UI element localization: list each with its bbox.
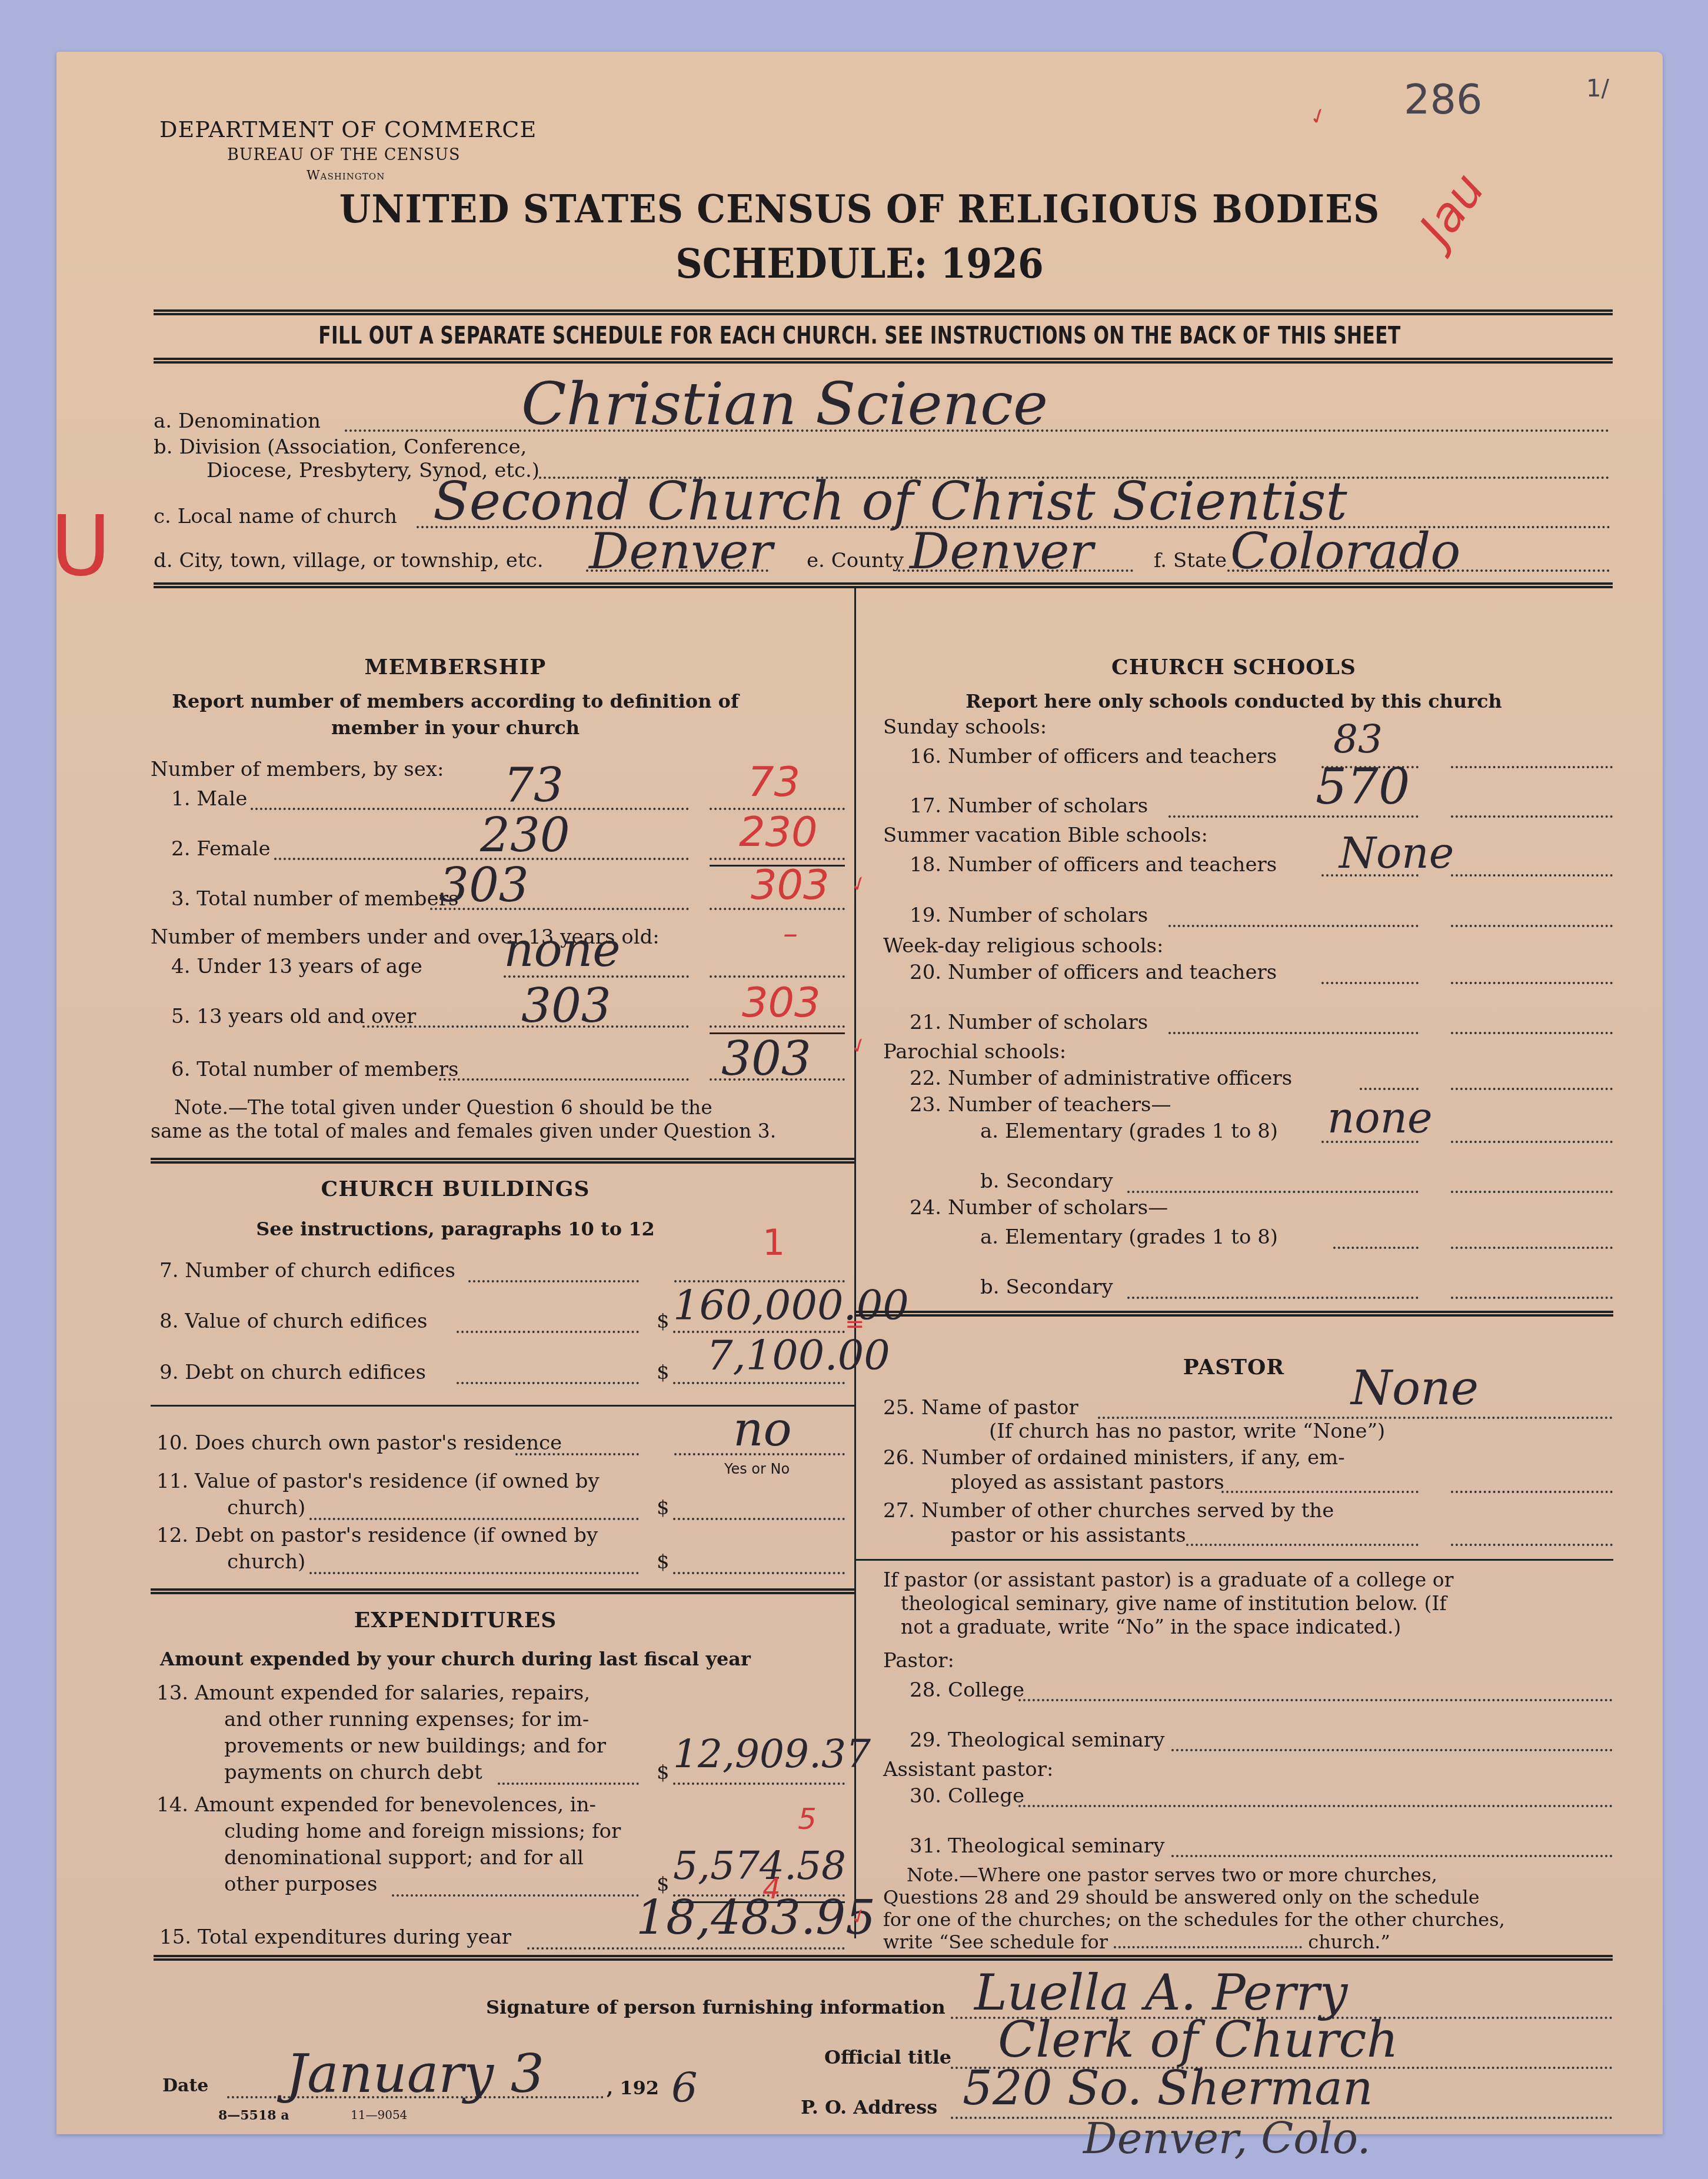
q13-line — [498, 1782, 639, 1785]
po-address-field-2[interactable]: Denver, Colo. — [1083, 2114, 1371, 2163]
total-members-2-line — [439, 1078, 689, 1081]
census-form-sheet: DEPARTMENT OF COMMERCE BUREAU OF THE CEN… — [56, 52, 1663, 2134]
pastor-residence-line — [515, 1453, 639, 1455]
total-members-field[interactable]: 303 — [439, 858, 529, 912]
residence-value-label: 11. Value of pastor's residence (if owne… — [157, 1470, 600, 1493]
under-13-field[interactable]: none — [504, 922, 621, 977]
q29-field[interactable] — [1171, 1749, 1613, 1751]
over-13-label: 5. 13 years old and over — [171, 1005, 416, 1028]
q27-label-cont: pastor or his assistants — [951, 1524, 1186, 1547]
over-13-check: 303 — [742, 978, 821, 1027]
male-check: 73 — [748, 758, 800, 806]
pastor-note-line-5: church.” — [1308, 1931, 1390, 1953]
city-field[interactable]: Denver — [589, 522, 773, 581]
pastor-sub-label: Pastor: — [883, 1649, 954, 1672]
q26-line — [1221, 1491, 1419, 1493]
print-number: 11—9054 — [351, 2108, 407, 2122]
double-rule — [154, 309, 1613, 315]
q14-label: 14. Amount expended for benevolences, in… — [157, 1793, 596, 1817]
q24a-label: a. Elementary (grades 1 to 8) — [980, 1225, 1278, 1249]
q22-label: 22. Number of administrative officers — [910, 1067, 1292, 1090]
double-rule — [154, 1955, 1613, 1961]
schools-heading: CHURCH SCHOOLS — [854, 655, 1613, 679]
q16-field[interactable]: 83 — [1333, 717, 1383, 762]
by-sex-label: Number of members, by sex: — [151, 758, 444, 781]
dollar-sign: $ — [657, 1550, 670, 1574]
q24a-field[interactable] — [1451, 1247, 1613, 1249]
double-rule — [151, 1588, 854, 1594]
q18-label: 18. Number of officers and teachers — [910, 853, 1277, 877]
q17-field[interactable]: 570 — [1316, 758, 1410, 815]
q23a-field[interactable]: none — [1327, 1093, 1433, 1142]
membership-subheading-cont: member in your church — [56, 717, 854, 739]
note-line-2: same as the total of males and females g… — [151, 1120, 776, 1142]
q13-label-cont: and other running expenses; for im- — [224, 1708, 589, 1731]
q24-label: 24. Number of scholars— — [910, 1196, 1168, 1220]
section-rule — [854, 1559, 1613, 1561]
q14-label-cont: denominational support; and for all — [224, 1846, 584, 1870]
county-field[interactable]: Denver — [910, 522, 1093, 581]
q22-field[interactable] — [1451, 1088, 1613, 1090]
q16-label: 16. Number of officers and teachers — [910, 745, 1277, 768]
expenditures-subheading: Amount expended by your church during la… — [56, 1648, 854, 1670]
division-label: b. Division (Association, Conference, — [154, 435, 527, 459]
total-members-2-field[interactable]: 303 — [721, 1031, 811, 1086]
expenditures-heading: EXPENDITURES — [56, 1608, 854, 1632]
residence-value-label-cont: church) — [227, 1496, 305, 1520]
under-13-check-line — [710, 975, 845, 978]
red-check-icon: ✓ — [847, 870, 871, 898]
red-strike-mark: = — [845, 1311, 865, 1338]
edifices-value-field[interactable]: 160,000.00 — [673, 1281, 909, 1330]
q31-field[interactable] — [1171, 1855, 1613, 1857]
file-number: 286 — [1404, 75, 1483, 124]
grad-line-1: If pastor (or assistant pastor) is a gra… — [883, 1568, 1453, 1591]
total-check: 303 — [751, 861, 830, 909]
q17-line — [1168, 815, 1419, 818]
q21-label: 21. Number of scholars — [910, 1011, 1148, 1034]
q15-label: 15. Total expenditures during year — [159, 1925, 511, 1949]
q19-field[interactable] — [1451, 925, 1613, 927]
membership-note: Note.—The total given under Question 6 s… — [151, 1096, 845, 1143]
edifices-count-line — [468, 1280, 639, 1282]
male-field[interactable]: 73 — [504, 758, 564, 812]
q24a-line — [1333, 1247, 1419, 1249]
female-check: 230 — [739, 808, 818, 856]
female-check-line — [710, 858, 845, 860]
state-label: f. State — [1154, 549, 1227, 572]
date-label: Date — [162, 2075, 208, 2096]
q13-label: 13. Amount expended for salaries, repair… — [157, 1681, 590, 1705]
form-title: UNITED STATES CENSUS OF RELIGIOUS BODIES — [113, 186, 1607, 232]
q23-label: 23. Number of teachers— — [910, 1093, 1171, 1117]
total-members-2-label: 6. Total number of members — [171, 1058, 458, 1081]
q13-field[interactable]: 12,909.37 — [673, 1731, 871, 1777]
q16-line-b — [1451, 766, 1613, 768]
q28-label: 28. College — [910, 1678, 1024, 1702]
grad-line-3: not a graduate, write “No” in the space … — [883, 1615, 1401, 1638]
q15-line — [527, 1947, 845, 1950]
male-label: 1. Male — [171, 787, 247, 811]
year-field[interactable]: 6 — [671, 2064, 698, 2112]
q13-line-b — [673, 1782, 845, 1785]
official-title-label: Official title — [824, 2046, 951, 2068]
note-line-1: Note.—The total given under Question 6 s… — [174, 1096, 713, 1119]
edifices-debt-line — [457, 1382, 639, 1384]
q23a-line-b — [1451, 1141, 1613, 1143]
city-label: d. City, town, village, or township, etc… — [154, 549, 544, 572]
q13-label-cont: provements or new buildings; and for — [224, 1734, 606, 1758]
q13-label-cont: payments on church debt — [224, 1761, 482, 1784]
q14-label-cont: other purposes — [224, 1873, 377, 1896]
pastor-residence-field[interactable]: no — [733, 1402, 792, 1457]
edifices-value-label: 8. Value of church edifices — [159, 1310, 427, 1333]
residence-debt-field[interactable] — [673, 1572, 845, 1574]
date-field[interactable]: January 3 — [286, 2043, 544, 2105]
parochial-schools-label: Parochial schools: — [883, 1040, 1066, 1064]
q20-line — [1321, 982, 1419, 984]
under-13-label: 4. Under 13 years of age — [171, 955, 422, 978]
county-label: e. County — [807, 549, 904, 572]
q14-line — [392, 1894, 639, 1897]
q14-correction: 5 — [798, 1802, 817, 1836]
dollar-sign: $ — [657, 1496, 670, 1520]
pastor-name-field[interactable]: None — [1351, 1361, 1479, 1415]
pastor-residence-label: 10. Does church own pastor's residence — [157, 1431, 562, 1455]
q17-label: 17. Number of scholars — [910, 794, 1148, 818]
q27-field[interactable] — [1451, 1544, 1613, 1546]
washington-heading: Washington — [307, 168, 385, 183]
female-field[interactable]: 230 — [480, 808, 570, 862]
q22-line — [1360, 1088, 1419, 1090]
q23b-line — [1127, 1191, 1419, 1193]
male-line — [251, 808, 689, 810]
q30-field[interactable] — [1018, 1805, 1613, 1807]
dollar-sign: $ — [657, 1361, 670, 1384]
red-check-icon: ✓ — [1306, 102, 1331, 131]
q15-field[interactable]: 18,483.95 — [636, 1890, 875, 1945]
q21-line — [1168, 1032, 1419, 1034]
local-name-label: c. Local name of church — [154, 505, 397, 528]
edifices-count-field[interactable]: 1 — [763, 1222, 785, 1264]
q18-field[interactable]: None — [1339, 828, 1454, 878]
residence-value-field[interactable] — [673, 1518, 845, 1520]
sunday-schools-label: Sunday schools: — [883, 715, 1047, 739]
double-rule — [154, 582, 1613, 588]
q31-label: 31. Theological seminary — [910, 1834, 1164, 1858]
red-check-icon: ✓ — [847, 1032, 871, 1059]
q25-label: 25. Name of pastor — [883, 1396, 1078, 1420]
department-heading: DEPARTMENT OF COMMERCE — [159, 116, 537, 142]
q30-label: 30. College — [910, 1784, 1024, 1808]
q24b-field[interactable] — [1451, 1297, 1613, 1299]
assistant-pastor-label: Assistant pastor: — [883, 1758, 1053, 1781]
buildings-heading: CHURCH BUILDINGS — [56, 1177, 854, 1201]
schedule-title: SCHEDULE: 1926 — [137, 239, 1583, 288]
yes-no-hint: Yes or No — [724, 1461, 790, 1477]
q20-label: 20. Number of officers and teachers — [910, 961, 1277, 984]
grad-line-2: theological seminary, give name of insti… — [883, 1592, 1447, 1615]
year-prefix: , 192 — [607, 2077, 659, 2099]
q27-label: 27. Number of other churches served by t… — [883, 1499, 1334, 1522]
q23b-field[interactable] — [1451, 1191, 1613, 1193]
pastor-heading: PASTOR — [854, 1355, 1613, 1380]
q24b-line — [1127, 1297, 1419, 1299]
red-margin-mark: U — [51, 499, 111, 595]
double-rule — [154, 358, 1613, 364]
q26-label: 26. Number of ordained ministers, if any… — [883, 1446, 1345, 1470]
edifices-debt-label: 9. Debt on church edifices — [159, 1361, 426, 1384]
pastor-note-line-4: write “See schedule for — [883, 1931, 1108, 1953]
under-13-check: – — [783, 917, 798, 951]
over-13-field[interactable]: 303 — [521, 978, 611, 1033]
residence-value-line — [309, 1518, 639, 1520]
q24b-label: b. Secondary — [980, 1275, 1113, 1299]
residence-debt-label: 12. Debt on pastor's residence (if owned… — [157, 1524, 598, 1547]
q20-field[interactable] — [1451, 982, 1613, 984]
q25-hint: (If church has no pastor, write “None”) — [989, 1420, 1385, 1443]
state-field[interactable]: Colorado — [1230, 522, 1460, 581]
schools-subheading: Report here only schools conducted by th… — [854, 690, 1613, 712]
membership-heading: MEMBERSHIP — [56, 655, 854, 679]
edifices-value-line — [457, 1331, 639, 1333]
bureau-heading: BUREAU OF THE CENSUS — [227, 146, 461, 164]
q21-field[interactable] — [1451, 1032, 1613, 1034]
weekday-schools-label: Week-day religious schools: — [883, 934, 1163, 958]
q19-label: 19. Number of scholars — [910, 904, 1148, 927]
q15-correction: 4 — [763, 1873, 781, 1905]
form-number: 8—5518 a — [218, 2108, 289, 2123]
female-label: 2. Female — [171, 837, 271, 861]
signature-label: Signature of person furnishing informati… — [486, 1996, 945, 2018]
summer-schools-label: Summer vacation Bible schools: — [883, 824, 1208, 847]
corner-mark: 1/ — [1586, 75, 1609, 102]
po-address-label: P. O. Address — [801, 2096, 937, 2118]
q19-line — [1168, 925, 1419, 927]
edifices-debt-line-b — [673, 1382, 845, 1384]
total-members-label: 3. Total number of members — [171, 887, 458, 911]
denomination-field[interactable]: Christian Science — [521, 369, 1048, 438]
pastor-note-line-1: Note.—Where one pastor serves two or mor… — [883, 1864, 1437, 1886]
q25-line — [1098, 1417, 1613, 1419]
residence-debt-label-cont: church) — [227, 1550, 305, 1574]
instruction-banner: FILL OUT A SEPARATE SCHEDULE FOR EACH CH… — [233, 322, 1486, 349]
pastor-note-line-2: Questions 28 and 29 should be answered o… — [883, 1886, 1480, 1908]
q14-field[interactable]: 5,574.58 — [673, 1843, 846, 1888]
membership-subheading: Report number of members according to de… — [56, 690, 854, 712]
q27-line — [1186, 1544, 1419, 1546]
double-rule — [854, 1311, 1613, 1317]
local-name-field[interactable]: Second Church of Christ Scientist — [433, 471, 1347, 532]
buildings-subheading: See instructions, paragraphs 10 to 12 — [56, 1218, 854, 1240]
edifices-count-label: 7. Number of church edifices — [159, 1259, 455, 1282]
pastor-note-line-3: for one of the churches; on the schedule… — [883, 1908, 1505, 1931]
q18-line-b — [1451, 874, 1613, 877]
residence-debt-line — [309, 1572, 639, 1574]
po-address-field[interactable]: 520 So. Sherman — [963, 2061, 1373, 2115]
q14-label-cont: cluding home and foreign missions; for — [224, 1820, 621, 1843]
graduate-instructions: If pastor (or assistant pastor) is a gra… — [883, 1568, 1613, 1639]
q26-label-cont: ployed as assistant pastors — [951, 1471, 1224, 1494]
q23b-label: b. Secondary — [980, 1170, 1113, 1193]
q26-field[interactable] — [1451, 1491, 1613, 1493]
q17-line-b — [1451, 815, 1613, 818]
pastor-note: Note.—Where one pastor serves two or mor… — [883, 1864, 1613, 1953]
dollar-sign: $ — [657, 1761, 670, 1784]
q23a-label: a. Elementary (grades 1 to 8) — [980, 1120, 1278, 1143]
official-title-field[interactable]: Clerk of Church — [998, 2011, 1399, 2068]
double-rule — [151, 1158, 854, 1164]
see-schedule-field[interactable] — [1114, 1946, 1302, 1948]
q28-field[interactable] — [1018, 1699, 1613, 1701]
q29-label: 29. Theological seminary — [910, 1728, 1164, 1752]
denomination-label: a. Denomination — [154, 409, 321, 433]
dollar-sign: $ — [657, 1310, 670, 1333]
